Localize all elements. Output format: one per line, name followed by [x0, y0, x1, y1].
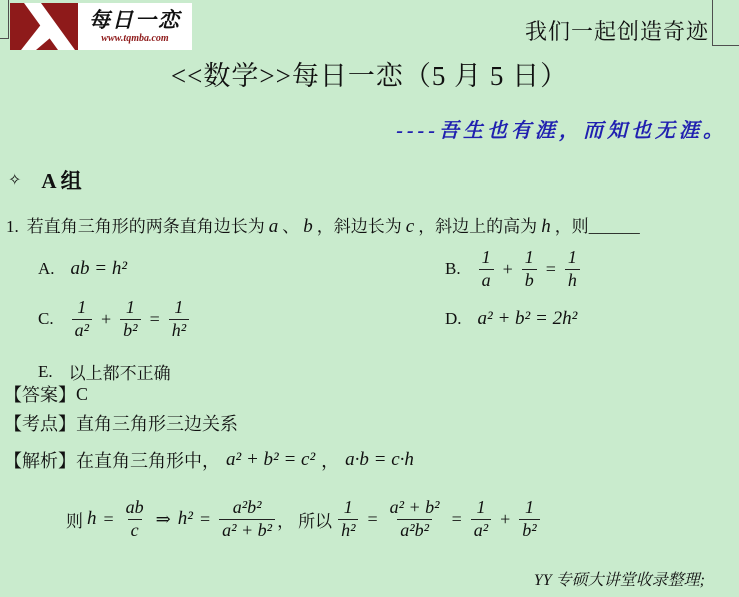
- derivation-so: 所以: [298, 507, 332, 532]
- option-d-formula: a² + b² = 2h²: [478, 308, 578, 330]
- brand-logo-mark-icon: [10, 3, 78, 50]
- analysis-label: 【解析】: [4, 447, 76, 473]
- worksheet-page: 每日一恋 www.tqmba.com 我们一起创造奇迹 <<数学>>每日一恋（5…: [0, 0, 739, 597]
- answer-row: 【答案】 C: [4, 381, 88, 407]
- var-a: a: [265, 216, 283, 237]
- analysis-formula-1: a² + b² = c²: [226, 449, 315, 471]
- section-title: A 组: [41, 165, 81, 195]
- question-text: 若直角三角形的两条直角边长为a、b，斜边长为c，斜边上的高为h，则______: [27, 212, 640, 238]
- diamond-bullet-icon: ✧: [8, 170, 21, 190]
- fraction: 1 a²: [471, 497, 491, 541]
- option-d-label: D.: [445, 309, 462, 329]
- option-c: C. 1 a² + 1 b² = 1 h²: [38, 297, 191, 341]
- fraction: 1 b²: [519, 497, 539, 541]
- option-e-label: E.: [38, 362, 53, 382]
- derivation-lead: 则: [66, 507, 83, 532]
- var-c: c: [402, 216, 418, 237]
- answer-label: 【答案】: [4, 381, 76, 407]
- option-a-formula: ab = h²: [71, 258, 128, 280]
- option-a-label: A.: [38, 259, 55, 279]
- brand-logo-text: 每日一恋 www.tqmba.com: [78, 3, 192, 50]
- header-slogan: 我们一起创造奇迹: [525, 15, 709, 46]
- fraction: 1 h: [565, 247, 580, 291]
- keypoint-label: 【考点】: [4, 410, 76, 436]
- text-boundary-mark-right: [712, 0, 739, 46]
- analysis-formula-2: a·b = c·h: [345, 449, 414, 471]
- option-a: A. ab = h²: [38, 258, 127, 280]
- answer-value: C: [76, 384, 88, 405]
- fraction: a²b² a² + b²: [219, 497, 275, 541]
- fraction: 1 h²: [169, 297, 189, 341]
- question-number: 1.: [6, 217, 19, 237]
- derivation-row: 则 h = ab c ⇒ h² = a²b² a² + b² ， 所以 1 h²…: [66, 497, 542, 541]
- text-boundary-mark-left: [0, 0, 9, 39]
- question-1: 1. 若直角三角形的两条直角边长为a、b，斜边长为c，斜边上的高为h，则____…: [6, 212, 640, 238]
- option-b: B. 1 a + 1 b = 1 h: [445, 247, 582, 291]
- analysis-lead: 在直角三角形中，: [76, 447, 220, 473]
- fraction: 1 b: [522, 247, 537, 291]
- brand-logo: 每日一恋 www.tqmba.com: [10, 3, 192, 50]
- option-d: D. a² + b² = 2h²: [445, 308, 577, 330]
- option-b-label: B.: [445, 259, 461, 279]
- var-b: b: [299, 216, 317, 237]
- analysis-row: 【解析】 在直角三角形中， a² + b² = c² ， a·b = c·h: [4, 447, 420, 473]
- fraction: 1 a²: [72, 297, 92, 341]
- fraction: ab c: [123, 497, 147, 541]
- keypoint-value: 直角三角形三边关系: [76, 410, 238, 436]
- section-heading: ✧ A 组: [8, 165, 82, 195]
- fraction: 1 h²: [338, 497, 358, 541]
- fraction: a² + b² a²b²: [387, 497, 443, 541]
- answer-blank: ______: [589, 217, 640, 236]
- var-h: h: [537, 216, 555, 237]
- brand-url: www.tqmba.com: [101, 34, 168, 44]
- footer-credit: YY 专硕大讲堂收录整理;: [534, 567, 705, 590]
- fraction: 1 b²: [120, 297, 140, 341]
- motto-quote: ----吾生也有涯，而知也无涯。: [396, 114, 727, 143]
- implies-arrow: ⇒: [156, 509, 171, 530]
- keypoint-row: 【考点】 直角三角形三边关系: [4, 410, 238, 436]
- brand-name: 每日一恋: [89, 10, 181, 31]
- option-c-label: C.: [38, 309, 54, 329]
- fraction: 1 a: [479, 247, 494, 291]
- page-title: <<数学>>每日一恋（5 月 5 日）: [0, 54, 739, 93]
